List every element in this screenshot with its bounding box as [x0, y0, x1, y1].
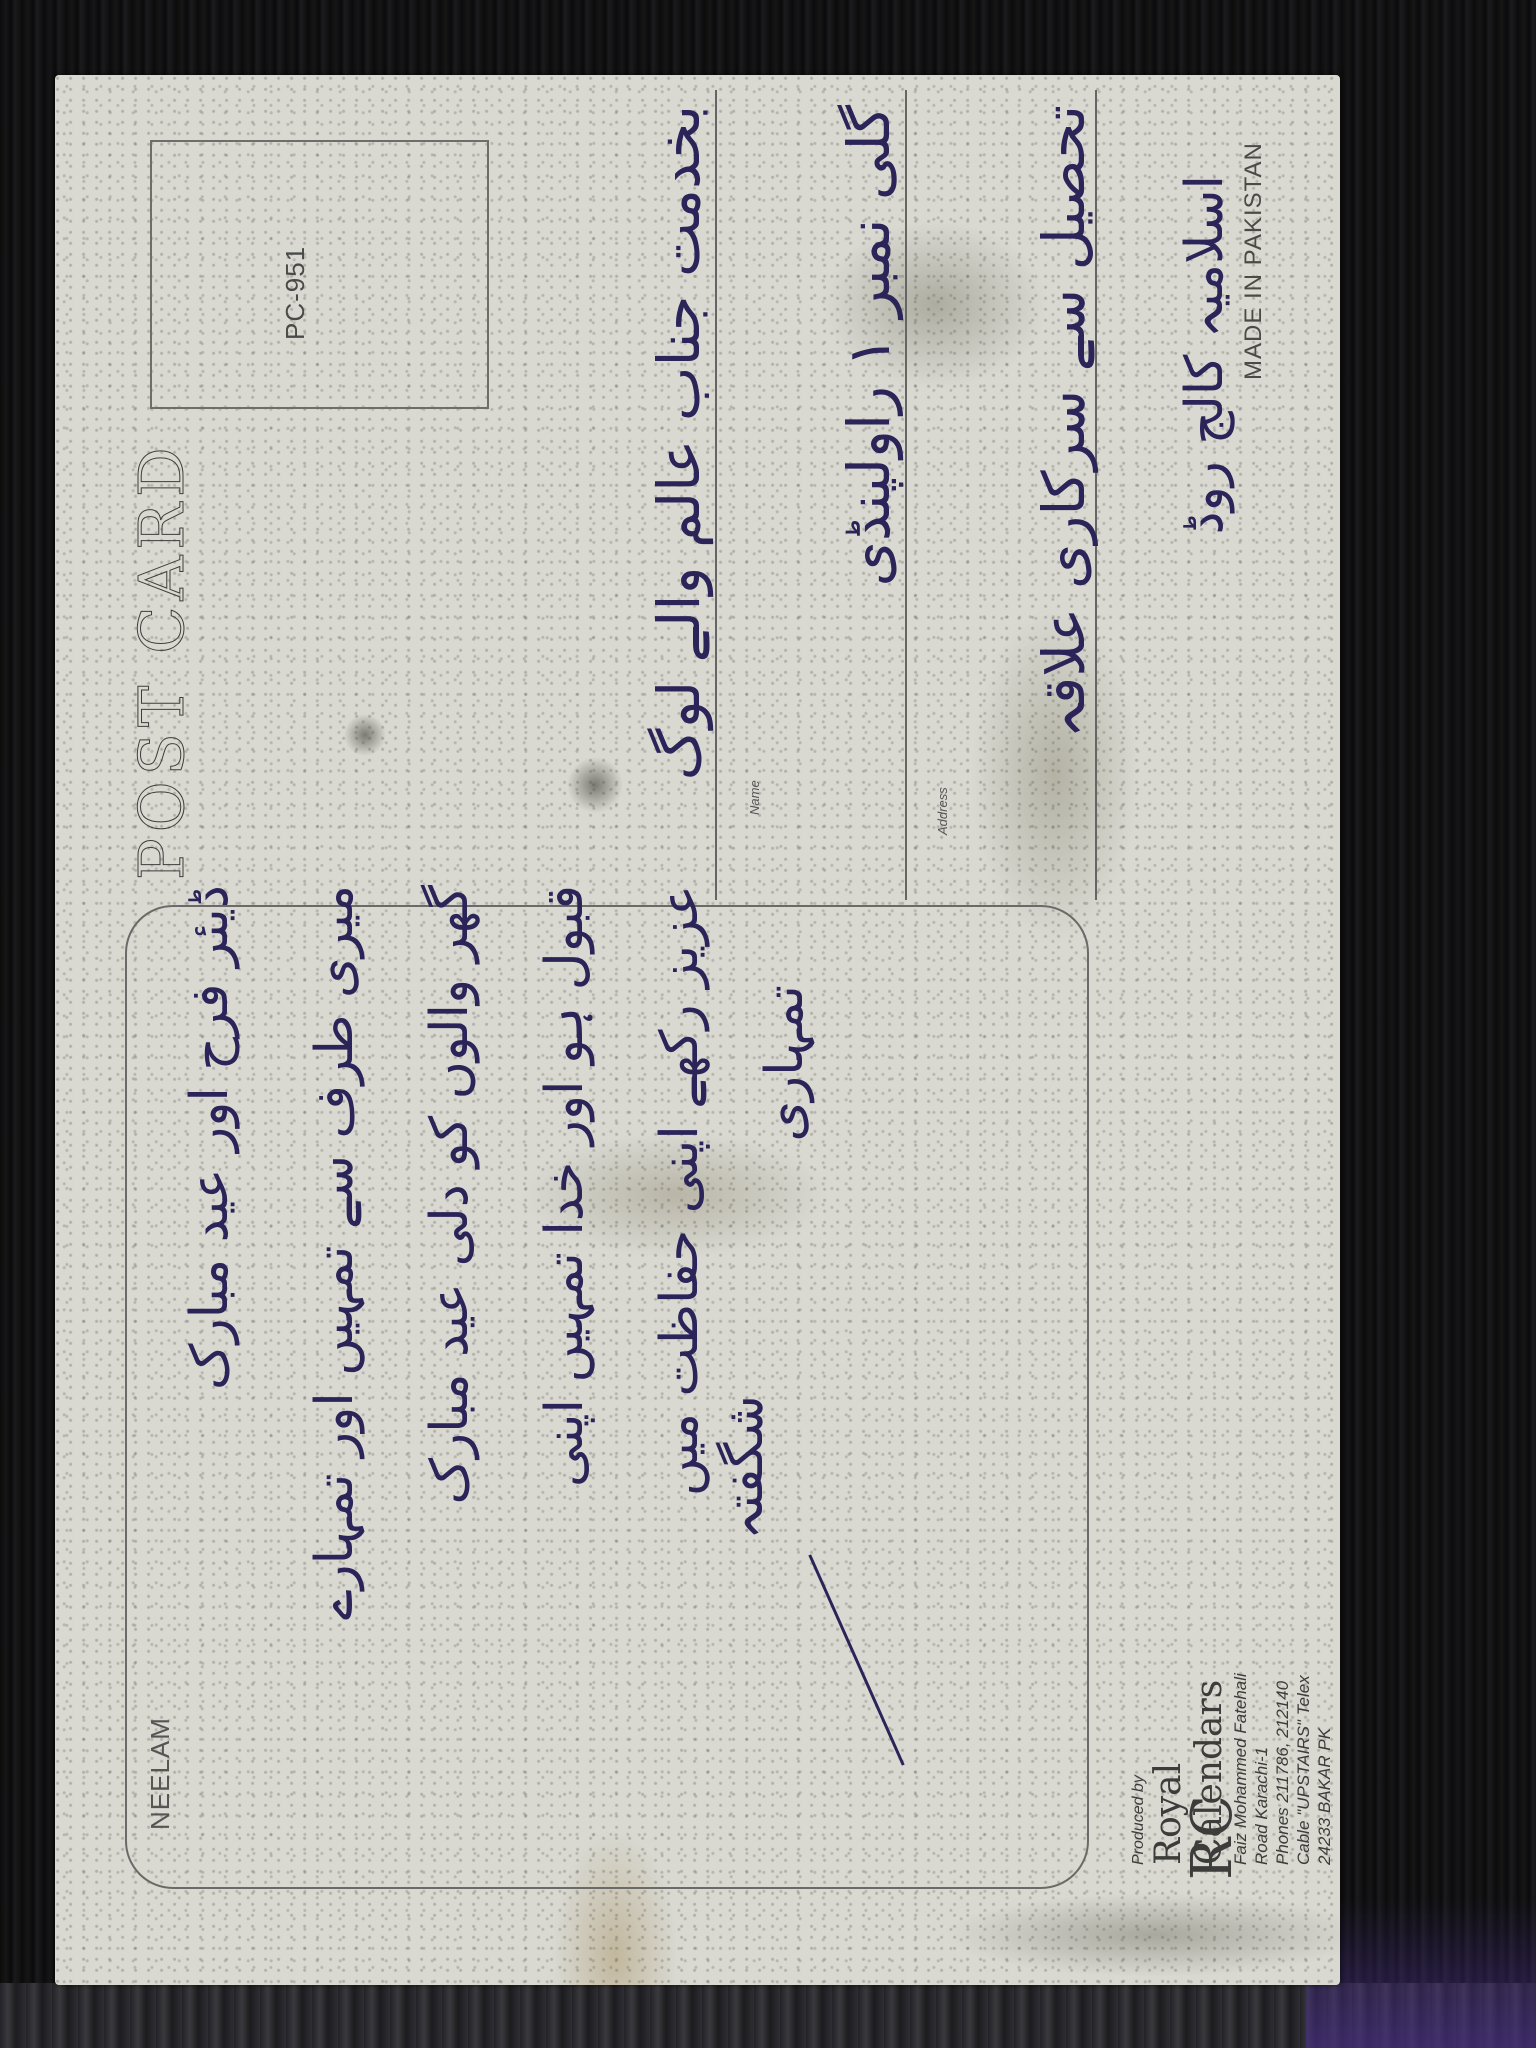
producer-address: Faiz Mohammed Fatehali Road Karachi-1 [1230, 1655, 1272, 1865]
handwritten-message-line-2: میری طرف سے تمہیں اور تمہارے [305, 885, 365, 1965]
address-line-name [715, 90, 717, 900]
series-name: NEELAM [145, 1717, 176, 1830]
handwritten-signoff: تمہاری [755, 985, 815, 1185]
made-in-label: MADE IN PAKISTAN [1240, 142, 1268, 380]
address-label-address: Address [935, 787, 950, 835]
address-line-2 [905, 90, 907, 900]
handwritten-address-line-3: تحصیل سے سرکاری علاقہ [1030, 105, 1098, 865]
postcard: PC-951 POST CARD Name Address MADE IN PA… [55, 75, 1340, 1985]
produced-by-label: Produced by [1130, 1655, 1148, 1865]
stamp-box-code: PC-951 [280, 246, 311, 340]
producer-name: Royal Calendars [1148, 1655, 1230, 1865]
producer-cable-telex: Cable "UPSTAIRS" Telex 24233 BAKAR PK [1293, 1655, 1335, 1865]
background-purple-fabric [1306, 1898, 1536, 2048]
handwritten-message-line-5: عزیز رکھے اپنی حفاظت میں [650, 885, 710, 1965]
handwritten-address-line-2: گلی نمبر ۱ راولپنڈی [835, 105, 903, 865]
stamp-box [150, 140, 489, 409]
handwritten-address-line-1: بخدمت جناب عالم والے لوگ [645, 105, 713, 865]
address-label-name: Name [747, 780, 762, 815]
handwritten-signature: شگفتہ [715, 1395, 775, 1595]
handwritten-address-line-4: اسلامیہ کالج روڈ [1175, 175, 1235, 835]
producer-phones: Phones 211786, 212140 [1272, 1655, 1293, 1865]
postcard-title: POST CARD [125, 441, 198, 880]
message-area-frame [125, 905, 1089, 1889]
handwritten-message-line-1: ڈیئر فرح اور عید مبارک [180, 885, 240, 1785]
handwritten-message-line-4: قبول ہو اور خدا تمہیں اپنی [535, 885, 595, 1965]
producer-block: Produced by Royal Calendars Faiz Mohamme… [1130, 1655, 1335, 1865]
handwritten-message-line-3: گھر والوں کو دلی عید مبارک [420, 885, 480, 1965]
